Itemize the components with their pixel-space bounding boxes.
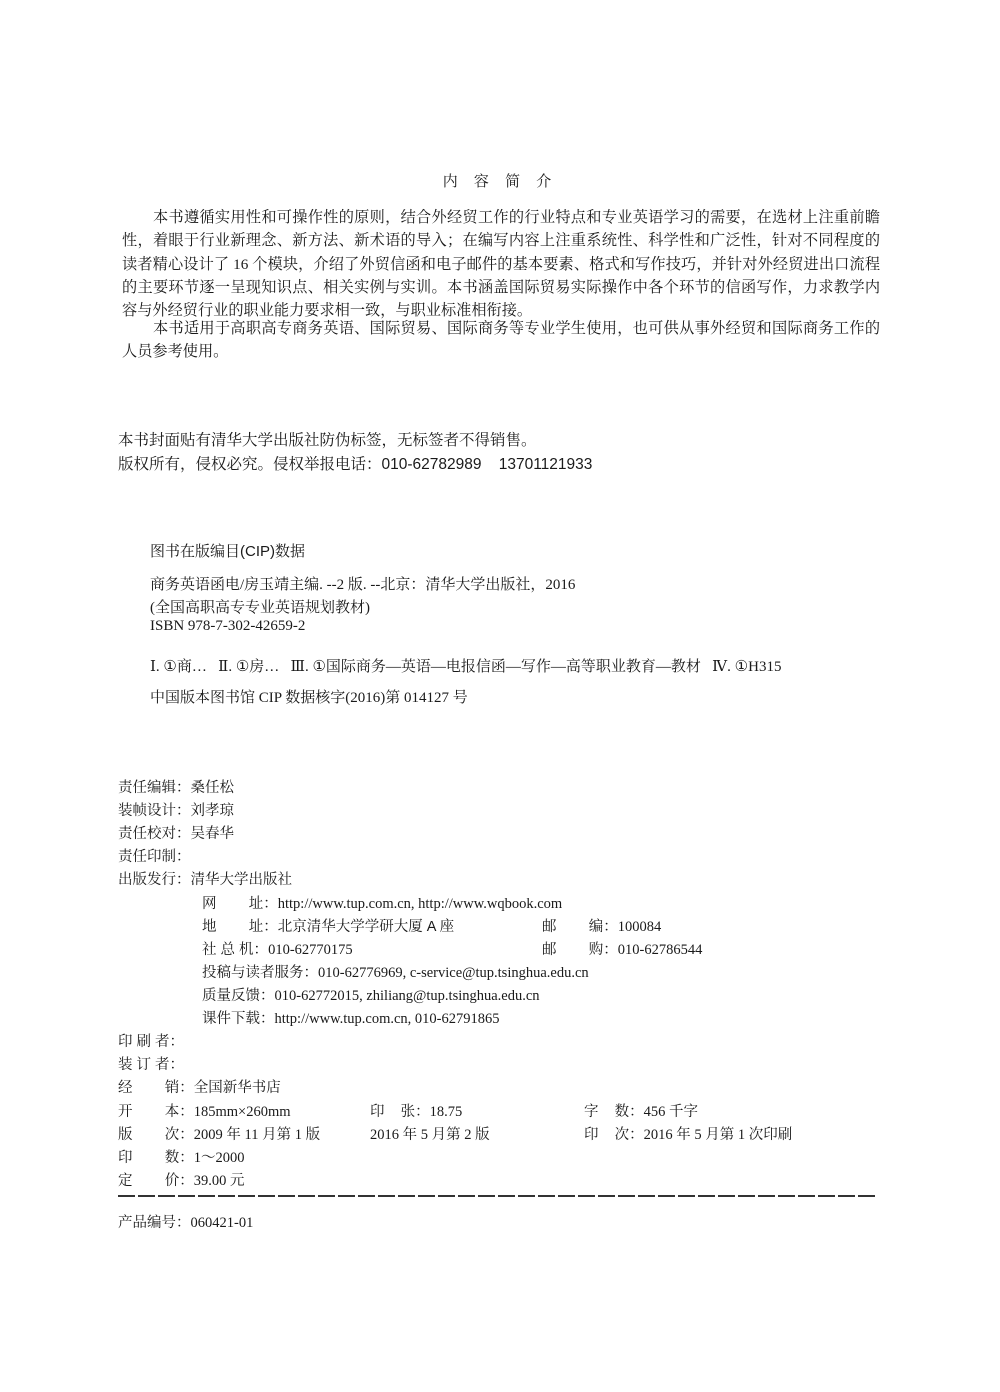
contact-download: 课件下载：http://www.tup.com.cn, 010-62791865: [202, 1007, 500, 1028]
cip-record: 中国版本图书馆 CIP 数据核字(2016)第 014127 号: [150, 686, 468, 707]
sheets-label: 印 张：: [370, 1104, 430, 1120]
copyright-notice: 版权所有，侵权必究。侵权举报电话：010-62782989 1370112193…: [118, 452, 592, 474]
format-label: 开 本：: [118, 1104, 194, 1120]
printing-value: 2016 年 5 月第 1 次印刷: [644, 1127, 793, 1143]
summary-paragraph-2: 本书适用于高职高专商务英语、国际贸易、国际商务等专业学生使用，也可供从事外经贸和…: [122, 317, 880, 364]
credit-proofreader-label: 责任校对：: [118, 826, 191, 842]
contact-postcode: 邮 编：100084: [542, 915, 661, 936]
copies: 印 数：1～2000: [118, 1146, 244, 1167]
product-code-value: 060421-01: [191, 1215, 254, 1231]
price: 定 价：39.00 元: [118, 1169, 244, 1190]
contact-feedback: 质量反馈：010-62772015, zhiliang@tup.tsinghua…: [202, 984, 540, 1005]
credit-printing-supervisor-label: 责任印制：: [118, 849, 191, 865]
format-value: 185mm×260mm: [194, 1104, 291, 1120]
credit-publisher: 出版发行：清华大学出版社: [118, 868, 292, 889]
download-label: 课件下载：: [202, 1011, 275, 1027]
contact-service: 投稿与读者服务：010-62776969, c-service@tup.tsin…: [202, 961, 589, 982]
price-label: 定 价：: [118, 1173, 194, 1189]
contact-switchboard: 社 总 机：010-62770175: [202, 938, 353, 959]
cip-entry: 商务英语函电/房玉靖主编. --2 版. --北京：清华大学出版社，2016: [150, 573, 575, 594]
address-value: 北京清华大学学研大厦 A 座: [278, 919, 454, 935]
summary-paragraph-1: 本书遵循实用性和可操作性的原则，结合外经贸工作的行业特点和专业英语学习的需要，在…: [122, 206, 880, 322]
service-value: 010-62776969, c-service@tup.tsinghua.edu…: [318, 965, 589, 981]
mailorder-label: 邮 购：: [542, 942, 618, 958]
distributor-value: 全国新华书店: [194, 1080, 281, 1096]
credit-printing-supervisor: 责任印制：: [118, 845, 191, 866]
cip-classification: Ⅰ. ①商… Ⅱ. ①房… Ⅲ. ①国际商务—英语—电报信函—写作—高等职业教育…: [150, 655, 781, 676]
sheets: 印 张：18.75: [370, 1100, 462, 1121]
contact-mailorder: 邮 购：010-62786544: [542, 938, 702, 959]
price-value: 39.00 元: [194, 1173, 245, 1189]
anti-counterfeit-notice: 本书封面贴有清华大学出版社防伪标签，无标签者不得销售。: [118, 428, 537, 450]
edition-second: 2016 年 5 月第 2 版: [370, 1123, 490, 1144]
words-value: 456 千字: [644, 1104, 698, 1120]
distributor-label: 经 销：: [118, 1080, 194, 1096]
service-label: 投稿与读者服务：: [202, 965, 318, 981]
cip-heading: 图书在版编目(CIP)数据: [150, 540, 305, 561]
cip-series: (全国高职高专专业英语规划教材): [150, 596, 370, 617]
website-value: http://www.tup.com.cn, http://www.wqbook…: [278, 896, 562, 912]
download-value: http://www.tup.com.cn, 010-62791865: [275, 1011, 500, 1027]
words-label: 字 数：: [584, 1104, 644, 1120]
sheets-value: 18.75: [430, 1104, 463, 1120]
product-code-label: 产品编号：: [118, 1215, 191, 1231]
credit-designer-label: 装帧设计：: [118, 803, 191, 819]
switchboard-label: 社 总 机：: [202, 942, 268, 958]
postcode-value: 100084: [618, 919, 662, 935]
credit-publisher-value: 清华大学出版社: [191, 872, 293, 888]
postcode-label: 邮 编：: [542, 919, 618, 935]
credit-designer-value: 刘孝琼: [191, 803, 235, 819]
edition-label: 版 次：: [118, 1127, 194, 1143]
product-code: 产品编号：060421-01: [118, 1211, 253, 1232]
feedback-label: 质量反馈：: [202, 988, 275, 1004]
copies-label: 印 数：: [118, 1150, 194, 1166]
words: 字 数：456 千字: [584, 1100, 698, 1121]
distributor: 经 销：全国新华书店: [118, 1076, 281, 1097]
cip-isbn: ISBN 978-7-302-42659-2: [150, 618, 305, 635]
printing: 印 次：2016 年 5 月第 1 次印刷: [584, 1123, 792, 1144]
credit-proofreader: 责任校对：吴春华: [118, 822, 234, 843]
credit-publisher-label: 出版发行：: [118, 872, 191, 888]
credit-proofreader-value: 吴春华: [191, 826, 235, 842]
binder-label: 装 订 者：: [118, 1053, 184, 1074]
website-label: 网 址：: [202, 896, 278, 912]
credit-editor-label: 责任编辑：: [118, 780, 191, 796]
feedback-value: 010-62772015, zhiliang@tup.tsinghua.edu.…: [275, 988, 540, 1004]
contact-website: 网 址：http://www.tup.com.cn, http://www.wq…: [202, 892, 562, 913]
edition: 版 次：2009 年 11 月第 1 版: [118, 1123, 320, 1144]
printing-label: 印 次：: [584, 1127, 644, 1143]
credit-designer: 装帧设计：刘孝琼: [118, 799, 234, 820]
copies-value: 1～2000: [194, 1150, 245, 1166]
summary-title: 内 容 简 介: [0, 170, 1000, 191]
contact-address: 地 址：北京清华大学学研大厦 A 座: [202, 915, 454, 936]
address-label: 地 址：: [202, 919, 278, 935]
credit-editor: 责任编辑：桑任松: [118, 776, 234, 797]
switchboard-value: 010-62770175: [268, 942, 353, 958]
edition-first: 2009 年 11 月第 1 版: [194, 1127, 320, 1143]
dashed-divider: [118, 1195, 878, 1197]
credit-editor-value: 桑任松: [191, 780, 235, 796]
printer-label: 印 刷 者：: [118, 1030, 184, 1051]
mailorder-value: 010-62786544: [618, 942, 703, 958]
format: 开 本：185mm×260mm: [118, 1100, 291, 1121]
